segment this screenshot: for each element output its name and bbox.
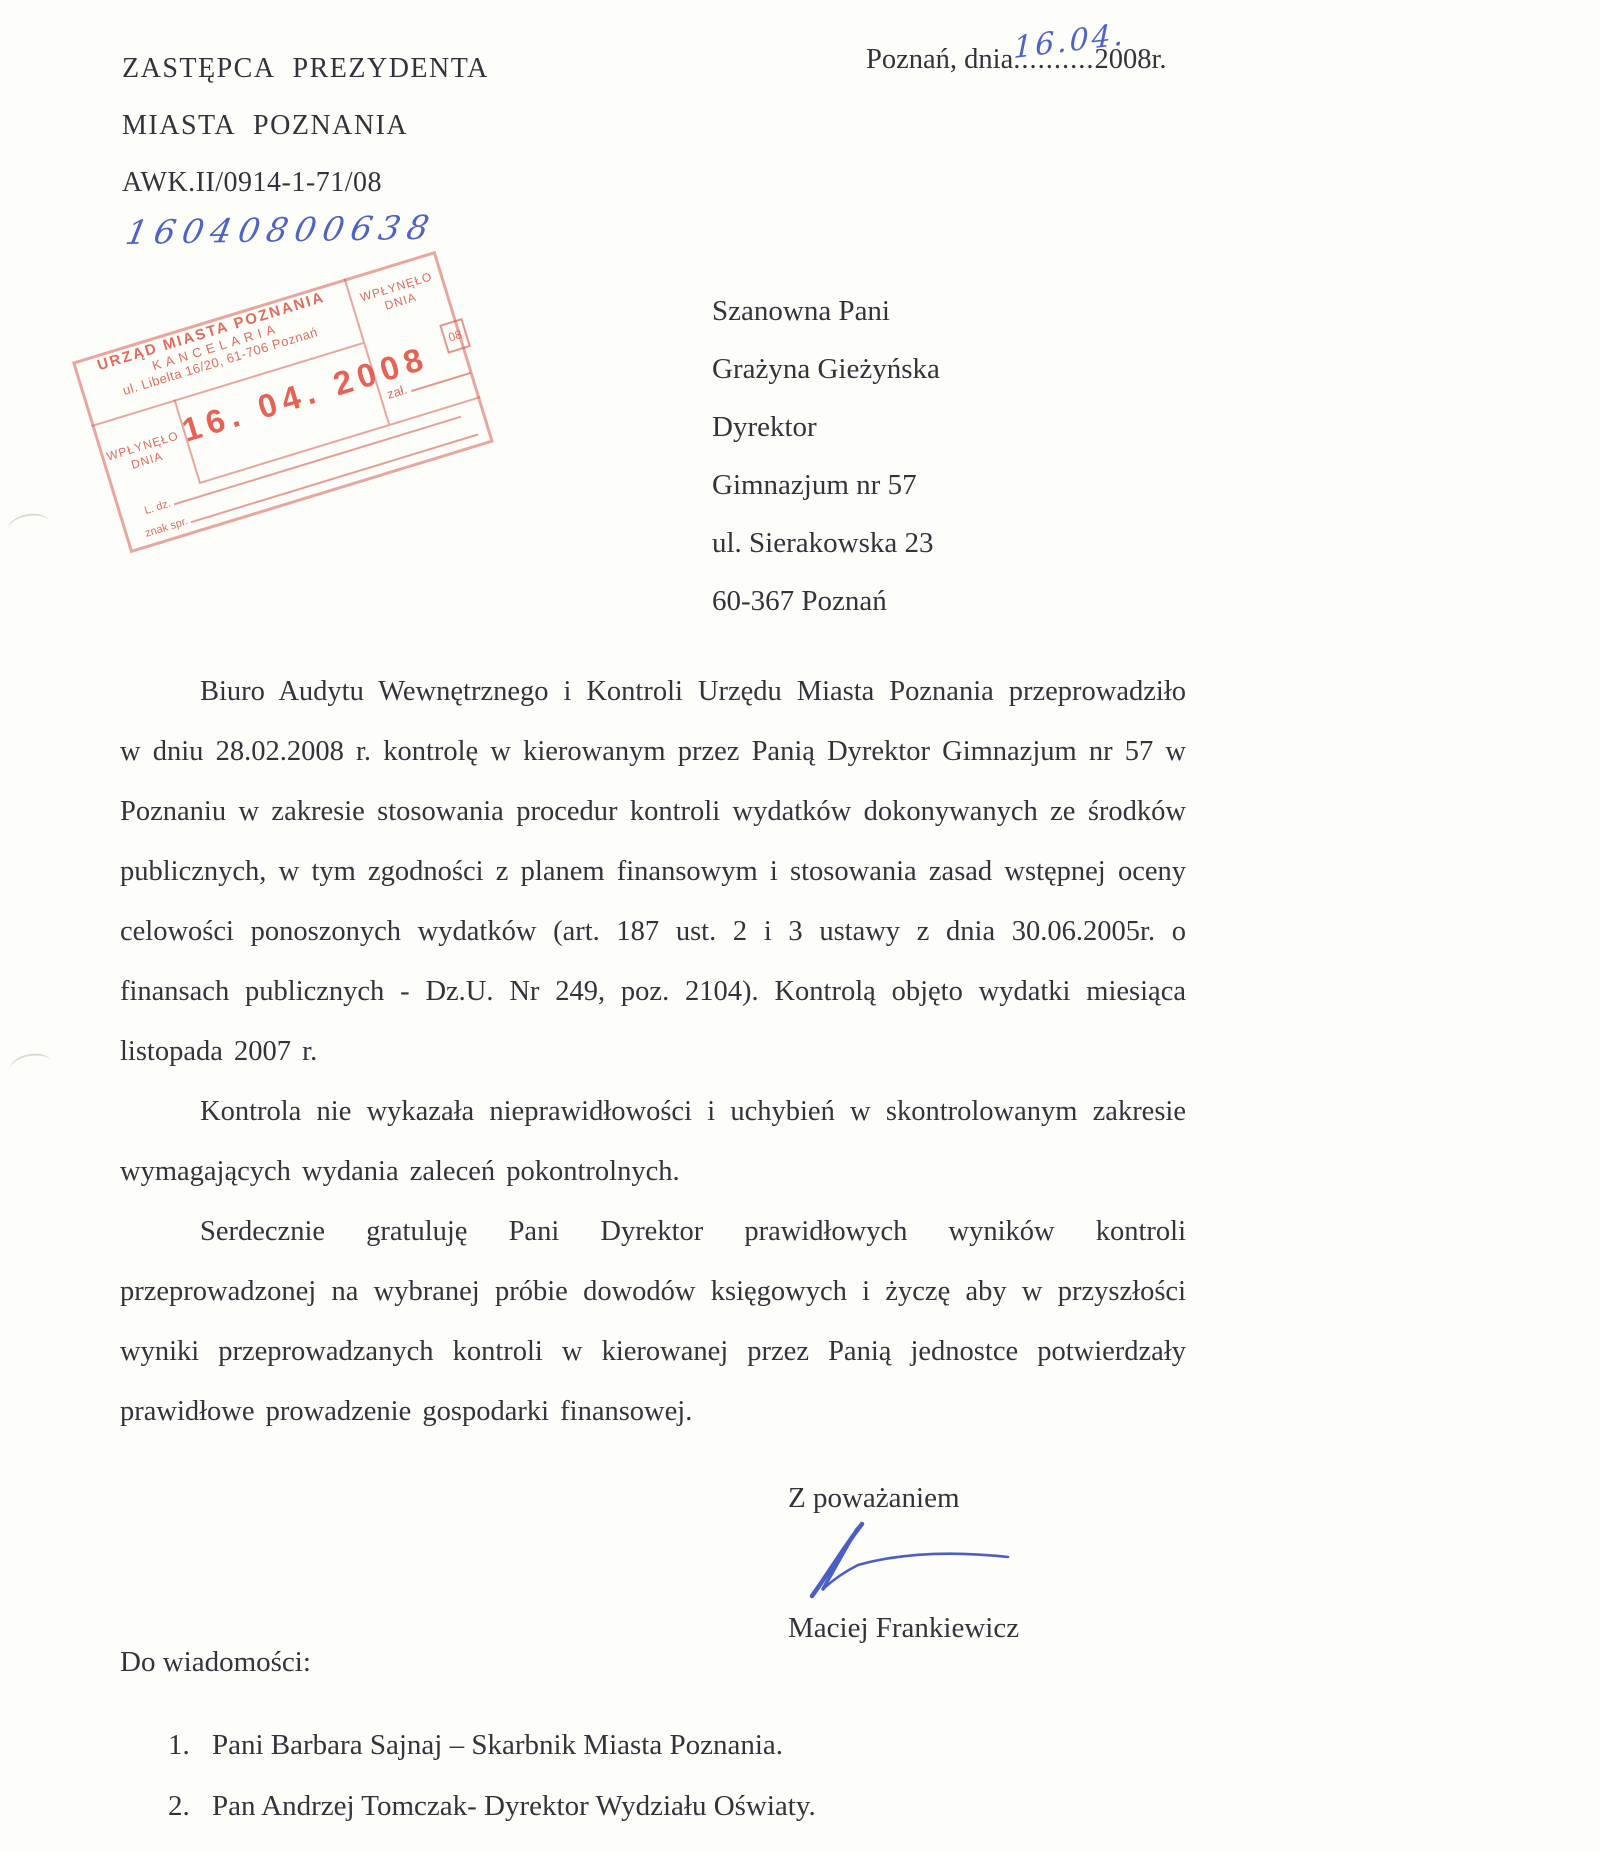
cc-item-text: Pan Andrzej Tomczak- Dyrektor Wydziału O… [212,1776,816,1837]
body-paragraph-1: Biuro Audytu Wewnętrznego i Kontroli Urz… [120,662,1186,1082]
body-paragraph-2: Kontrola nie wykazała nieprawidłowości i… [120,1082,1186,1202]
cc-item-text: Pani Barbara Sajnaj – Skarbnik Miasta Po… [212,1715,783,1776]
body-paragraph-3: Serdecznie gratuluję Pani Dyrektor prawi… [120,1202,1186,1442]
sender-title-line2: MIASTA POZNANIA [122,97,489,154]
handwritten-registry-number: 16040800638 [122,205,499,255]
cc-item-number: 1. [168,1715,212,1776]
cc-items: 1. Pani Barbara Sajnaj – Skarbnik Miasta… [120,1715,816,1837]
reference-number: AWK.II/0914-1-71/08 [122,154,489,211]
cc-section: Do wiadomości: 1. Pani Barbara Sajnaj – … [120,1646,816,1837]
dateline-dotted-blank: ..........16.04. [1013,44,1094,76]
letter-body: Biuro Audytu Wewnętrznego i Kontroli Urz… [120,662,1186,1442]
signer-name: Maciej Frankiewicz [788,1612,1019,1645]
closing-salutation: Z poważaniem [788,1482,960,1515]
signature-icon [794,1512,1034,1612]
dateline-prefix: Poznań, dnia [866,44,1013,75]
cc-item: 2. Pan Andrzej Tomczak- Dyrektor Wydział… [120,1776,816,1837]
recipient-block: Szanowna Pani Grażyna Gieżyńska Dyrektor… [712,282,940,630]
dateline: Poznań, dnia..........16.04.2008r. [866,44,1167,76]
sender-block: ZASTĘPCA PREZYDENTA MIASTA POZNANIA AWK.… [122,40,489,255]
recipient-name: Grażyna Gieżyńska [712,340,940,398]
registry-stamp: URZĄD MIASTA POZNANIA KANCELARIA ul. Lib… [72,251,494,553]
scan-artifact [6,511,52,542]
sender-title-line1: ZASTĘPCA PREZYDENTA [122,40,489,97]
scan-artifact [8,1051,54,1082]
scanned-letter-page: ZASTĘPCA PREZYDENTA MIASTA POZNANIA AWK.… [0,0,1600,1852]
recipient-street: ul. Sierakowska 23 [712,514,940,572]
cc-label: Do wiadomości: [120,1646,816,1679]
cc-item: 1. Pani Barbara Sajnaj – Skarbnik Miasta… [120,1715,816,1776]
recipient-salutation: Szanowna Pani [712,282,940,340]
recipient-institution: Gimnazjum nr 57 [712,456,940,514]
recipient-city: 60-367 Poznań [712,572,940,630]
cc-item-number: 2. [168,1776,212,1837]
recipient-role: Dyrektor [712,398,940,456]
